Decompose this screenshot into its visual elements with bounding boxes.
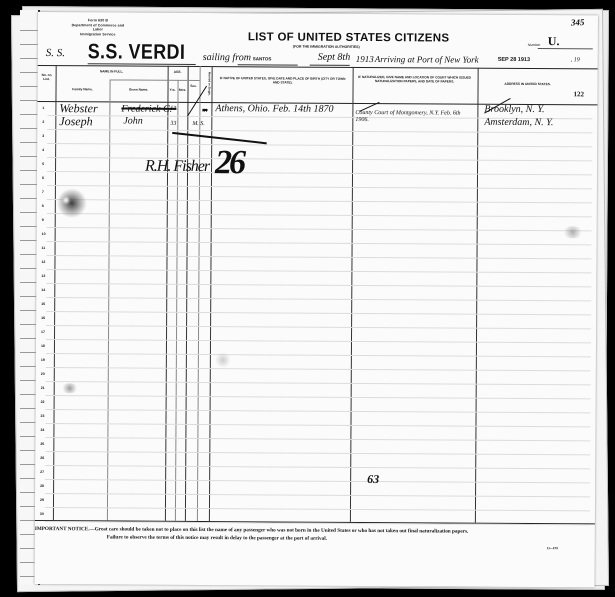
row-number: 5 [42,162,44,166]
year-prefix: 191 [356,54,370,64]
table-row [47,129,592,133]
row2-age: 33 [170,121,176,127]
service-name: Immigration Service [68,32,128,37]
year-label: , 19 [571,57,580,63]
table-row [47,143,592,147]
edge-rule [20,170,38,171]
row-number: 16 [41,316,45,320]
col-header-yrs: Yrs. [168,88,178,92]
important-notice: IMPORTANT NOTICE.—Great care should be t… [35,525,595,544]
col-divider [107,79,111,520]
col-header-address: ADDRESS IN UNITED STATES. [483,82,573,87]
table-row [47,157,592,161]
notice-label: IMPORTANT NOTICE. [35,526,90,532]
number-label: Number [528,43,540,47]
edge-rule [20,114,38,115]
address-number: 122 [573,90,584,98]
row-number: 27 [40,470,44,474]
table-row [47,255,592,259]
department-name: Department of Commerce and Labor [68,23,128,32]
manifest-table: No. on List. NAME IN FULL. Family Name. … [35,65,598,523]
departure-year: 1913 [356,54,374,64]
table-row [45,423,590,427]
ss-prefix: S. S. [46,47,65,59]
edge-rule [20,184,38,185]
manifest-page: 345 Form 630 B Department of Commerce an… [35,12,598,587]
arriving-label: Arriving at Port of New York [375,54,479,65]
row-number: 12 [41,260,45,264]
row-number: 14 [41,288,45,292]
departure-date: Sept 8th [318,52,351,63]
number-underline [538,48,593,49]
row1-birth: Athens, Ohio. Feb. 14th 1870 [215,103,333,115]
table-row [47,199,592,203]
edge-rule [20,142,38,143]
row1-status: m [202,106,207,114]
sailing-from-label: sailing from [203,52,251,63]
col-header-birth: IF NATIVE OF UNITED STATES, GIVE DATE AN… [218,76,348,85]
table-row [46,297,591,301]
edge-rule [20,58,38,59]
table-row [45,451,590,455]
row-number: 23 [41,414,45,418]
row-number: 25 [40,442,44,446]
col-header-no: No. on List. [39,73,55,81]
table-row [46,353,591,357]
col-header-given: Given Name. [110,87,168,91]
table-row [45,437,590,441]
table-row [46,409,591,413]
signature-mark: 26 [215,144,243,182]
edge-rule [20,100,38,101]
table-row [46,311,591,315]
col-header-age: AGE. [168,70,188,74]
col-header-family: Family Name. [56,87,110,91]
edge-rule [20,212,38,213]
row-number: 6 [42,176,44,180]
ink-stain [61,383,79,393]
row-number: 10 [42,232,46,236]
table-row [47,241,592,245]
edge-rule [20,198,38,199]
table-row [46,395,591,399]
row-number: 7 [42,190,44,194]
row-number: 13 [41,274,45,278]
row-number: 24 [40,428,44,432]
row2-family-name: Joseph [59,114,92,129]
edge-rule [20,44,38,45]
row1-given-name: Frederick C. [121,104,172,115]
edge-rule [20,128,38,129]
col-divider [175,80,179,521]
table-row [46,283,591,287]
row-number: 28 [40,484,44,488]
ship-name: S.S. VERDI [88,40,186,65]
col-header-mos: Mos. [178,88,188,92]
row-number: 30 [40,512,44,516]
row-number: 9 [42,218,44,222]
ink-stain [57,188,87,218]
edge-rule [20,282,38,283]
row2-status: M. S. [192,121,205,127]
page-title: LIST OF UNITED STATES CITIZENS [248,31,450,44]
ink-stain [562,226,584,238]
edge-rule [20,240,38,241]
col-header-sex: Sex. [188,84,200,88]
table-row [46,325,591,329]
table-row [45,479,590,483]
row2-naturalization: County Court of Montgomery, N.Y. Feb. 6t… [355,110,475,125]
table-row [46,339,591,343]
row-number: 8 [42,204,44,208]
row-number: 22 [41,400,45,404]
stain-highlight [62,195,70,205]
edge-rule [20,86,38,87]
row1-age: 53 [170,106,176,112]
table-row [46,367,591,371]
table-row [45,493,590,497]
edge-rule [20,268,38,269]
arrival-date-stamp: SEP 28 1913 [498,57,530,63]
row-number: 11 [42,246,46,250]
row-number: 26 [40,456,44,460]
form-code: 11—272 [547,546,558,550]
table-row [46,381,591,385]
table-row [47,185,592,189]
row-number: 3 [42,134,44,138]
row-number: 21 [41,386,45,390]
inspector-signature: R.H. Fisher [145,158,209,176]
page-number: 63 [367,472,379,487]
page-subtitle: (FOR THE IMMIGRATION AUTHORITIES) [293,45,360,49]
col-header-naturalized: IF NATURALIZED, GIVE NAME AND LOCATION O… [356,75,474,84]
row2-address: Amsterdam, N. Y. [484,117,553,128]
row-number: 4 [42,148,44,152]
departure-port: SANTOS [253,56,272,61]
row1-address: Brooklyn, N. Y. [484,104,544,115]
edge-rule [20,72,38,73]
edge-rule [20,156,38,157]
col-header-name: NAME IN FULL. [56,69,168,74]
row-number: 2 [42,120,44,124]
row-number: 20 [41,372,45,376]
row-number: 18 [41,344,45,348]
row-number: 29 [40,498,44,502]
row-number: 15 [41,302,45,306]
row-number: 1 [42,106,44,110]
table-row [47,213,592,217]
row2-given-name: John [123,116,143,127]
edge-rule [20,254,38,255]
row-number: 17 [41,330,45,334]
table-row [45,507,590,511]
subheader-line [110,79,200,81]
year-suffix: 3 [369,54,374,64]
table-row [47,171,592,175]
edge-rule [20,30,38,31]
list-number: U. [548,34,560,49]
edge-rule [20,226,38,227]
department-header: Form 630 B Department of Commerce and La… [68,18,128,36]
top-annotation: 345 [571,17,585,27]
ink-stain [216,351,230,369]
table-row [47,227,592,231]
table-row [46,269,591,273]
table-row [45,465,590,469]
row-number: 19 [41,358,45,362]
